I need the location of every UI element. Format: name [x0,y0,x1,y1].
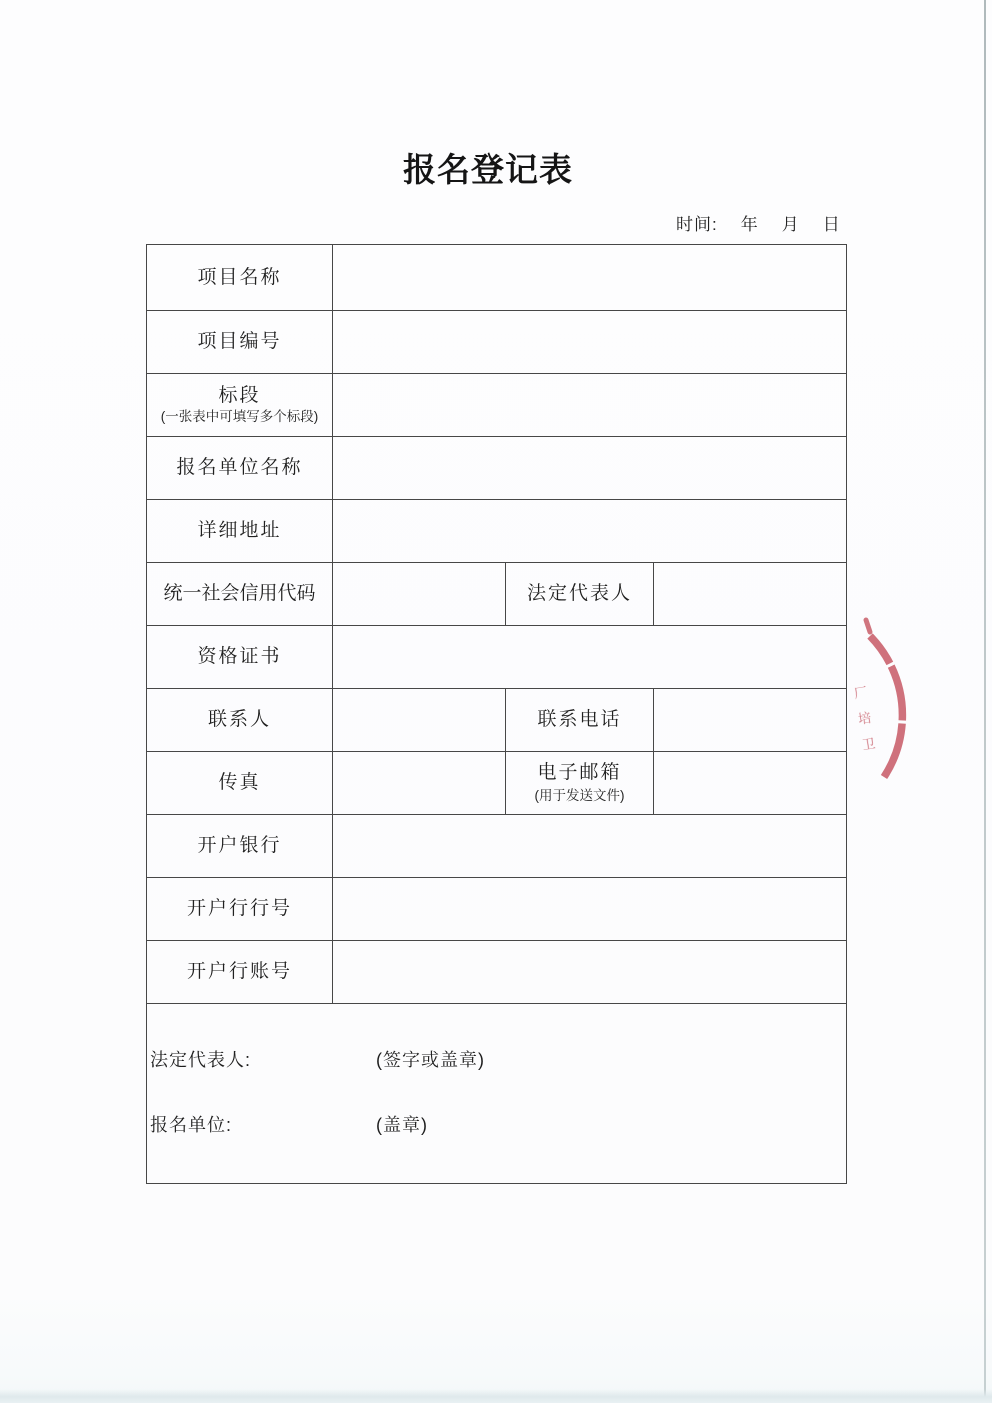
date-month: 月 [782,210,800,235]
date-year: 年 [741,210,759,235]
page-title: 报名登记表 [0,144,976,191]
scan-edge-bottom-band [0,1389,992,1403]
table-row: 详细地址 [147,500,847,563]
row-label-contact-phone: 联系电话 [506,689,654,752]
legal-representative-signature-label: 法定代表人: [150,1050,251,1070]
row-label-legal-representative: 法定代表人 [506,563,654,626]
table-row: 标段 (一张表中可填写多个标段) [147,374,847,437]
bid-section-note: (一张表中可填写多个标段) [147,409,332,426]
scan-edge-line [984,0,986,1398]
row-label-bank-name: 开户银行 [147,815,333,878]
table-row: 报名单位名称 [147,437,847,500]
value-cell-qualification-certificate [333,626,847,689]
seal-arc-icon [845,612,925,792]
date-line: 时间: 年 月 日 [676,210,841,235]
red-seal-partial-stamp: 厂 培 卫 [845,612,925,792]
scanned-form-page: 报名登记表 时间: 年 月 日 项目名称 项目编号 标段 (一张 [0,0,992,1403]
date-day: 日 [823,210,841,235]
value-cell-bank-name [333,815,847,878]
value-cell-contact-phone [654,689,847,752]
table-row: 资格证书 [147,626,847,689]
legal-representative-signature-line: 法定代表人: (签字或盖章) [150,1046,846,1072]
row-label-project-name: 项目名称 [147,245,333,311]
table-row: 统一社会信用代码 法定代表人 [147,563,847,626]
value-cell-legal-representative [654,563,847,626]
table-row: 联系人 联系电话 [147,689,847,752]
table-row: 开户行账号 [147,941,847,1004]
value-cell-project-number [333,311,847,374]
value-cell-credit-code [333,563,506,626]
applicant-unit-label: 报名单位: [150,1115,232,1135]
signature-or-seal-note: (签字或盖章) [376,1046,485,1072]
value-cell-contact-person [333,689,506,752]
table-row: 开户行行号 [147,878,847,941]
registration-table: 项目名称 项目编号 标段 (一张表中可填写多个标段) 报名单位名称 详细地址 [146,244,847,1184]
date-label: 时间: [676,210,718,235]
value-cell-project-name [333,245,847,311]
table-row: 项目名称 [147,245,847,311]
signature-row: 法定代表人: (签字或盖章) 报名单位: (盖章) [147,1004,847,1184]
applicant-unit-seal-line: 报名单位: (盖章) [150,1111,846,1137]
value-cell-bank-account-number [333,941,847,1004]
row-label-address: 详细地址 [147,500,333,563]
row-label-qualification-certificate: 资格证书 [147,626,333,689]
value-cell-address [333,500,847,563]
seal-note: (盖章) [376,1111,428,1137]
bid-section-label: 标段 [147,384,332,408]
value-cell-email [654,752,847,815]
row-label-bank-account-number: 开户行账号 [147,941,333,1004]
table-row: 开户银行 [147,815,847,878]
seal-text-fragments: 厂 培 卫 [853,681,877,753]
value-cell-bank-branch-number [333,878,847,941]
row-label-project-number: 项目编号 [147,311,333,374]
row-label-email: 电子邮箱 (用于发送文件) [506,752,654,815]
row-label-applicant-name: 报名单位名称 [147,437,333,500]
row-label-bank-branch-number: 开户行行号 [147,878,333,941]
value-cell-fax [333,752,506,815]
email-label: 电子邮箱 [506,761,653,785]
row-label-bid-section: 标段 (一张表中可填写多个标段) [147,374,333,437]
value-cell-applicant-name [333,437,847,500]
row-label-fax: 传真 [147,752,333,815]
signature-cell: 法定代表人: (签字或盖章) 报名单位: (盖章) [147,1004,847,1184]
table-row: 传真 电子邮箱 (用于发送文件) [147,752,847,815]
row-label-credit-code: 统一社会信用代码 [147,563,333,626]
row-label-contact-person: 联系人 [147,689,333,752]
email-note: (用于发送文件) [506,788,653,805]
table-row: 项目编号 [147,311,847,374]
value-cell-bid-section [333,374,847,437]
